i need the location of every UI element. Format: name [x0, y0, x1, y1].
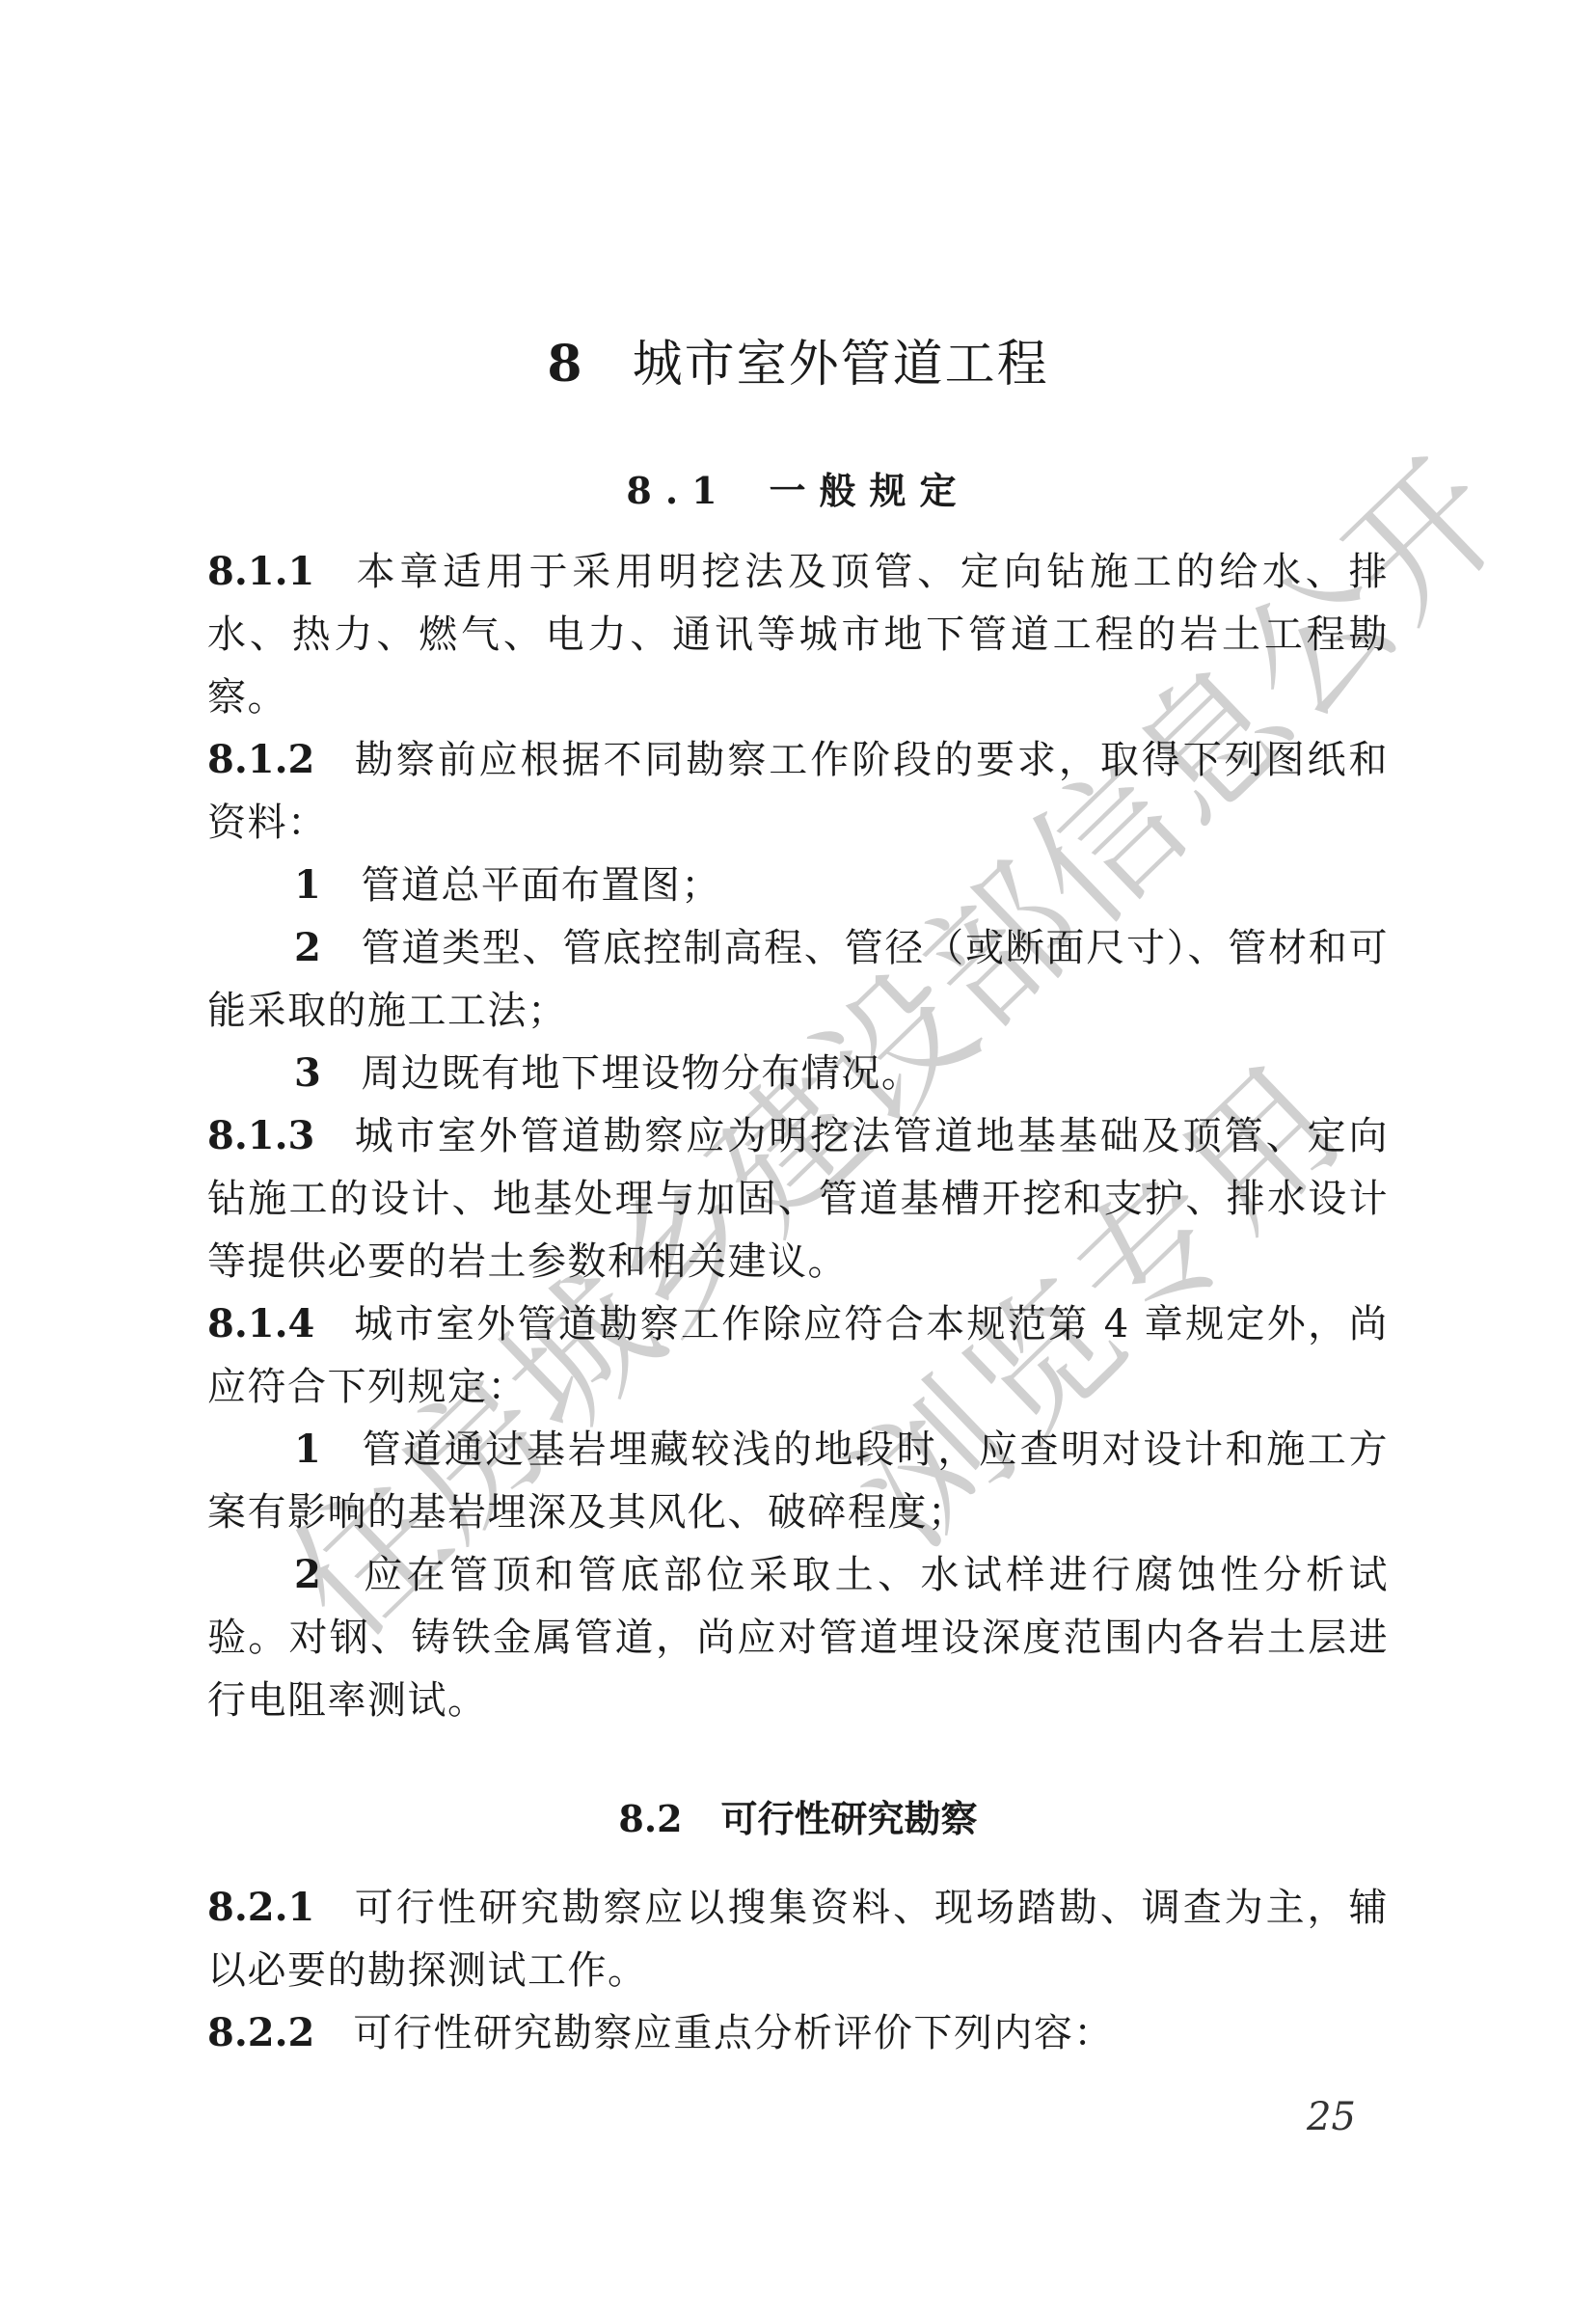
- section-number: 8.2: [618, 1797, 682, 1840]
- document-page: 住房城乡建设部信息公开 浏览专用 8城市室外管道工程 8.1一般规定 8.1.1…: [0, 0, 1596, 2311]
- item-text: 管道通过基岩埋藏较浅的地段时，应查明对设计和施工方案有影响的基岩埋深及其风化、破…: [207, 1427, 1389, 1535]
- clause-number: 8.1.4: [207, 1301, 314, 1346]
- item-text: 周边既有地下埋设物分布情况。: [361, 1051, 921, 1096]
- clause-number: 8.1.2: [207, 737, 314, 782]
- section-heading-8-1: 8.1一般规定: [207, 461, 1389, 514]
- item-text: 管道类型、管底控制高程、管径（或断面尺寸）、管材和可能采取的施工工法；: [207, 926, 1389, 1033]
- clause-8-2-1: 8.2.1可行性研究勘察应以搜集资料、现场踏勘、调查为主，辅以必要的勘探测试工作…: [207, 1876, 1389, 2002]
- clause-8-1-2-item-1: 1管道总平面布置图；: [207, 854, 1389, 917]
- item-number: 1: [294, 862, 322, 908]
- item-number: 2: [294, 1552, 322, 1597]
- chapter-number: 8: [547, 335, 583, 394]
- clause-8-2-2: 8.2.2可行性研究勘察应重点分析评价下列内容：: [207, 2001, 1389, 2065]
- clause-text: 城市室外管道勘察工作除应符合本规范第 4 章规定外，尚应符合下列规定：: [207, 1302, 1389, 1409]
- item-number: 1: [294, 1427, 322, 1472]
- section-number: 8.1: [626, 469, 730, 512]
- item-number: 3: [294, 1050, 322, 1096]
- page-number: 25: [1307, 2095, 1356, 2139]
- section-title-text: 一般规定: [770, 469, 970, 512]
- clause-text: 本章适用于采用明挖法及顶管、定向钻施工的给水、排水、热力、燃气、电力、通讯等城市…: [207, 550, 1389, 720]
- clause-8-1-2-item-2: 2管道类型、管底控制高程、管径（或断面尺寸）、管材和可能采取的施工工法；: [207, 916, 1389, 1043]
- clause-8-1-2-item-3: 3周边既有地下埋设物分布情况。: [207, 1042, 1389, 1105]
- section-title-text: 可行性研究勘察: [721, 1798, 978, 1840]
- clause-text: 可行性研究勘察应重点分析评价下列内容：: [353, 2011, 1114, 2055]
- chapter-title: 8城市室外管道工程: [207, 323, 1389, 395]
- clause-text: 勘察前应根据不同勘察工作阶段的要求，取得下列图纸和资料：: [207, 738, 1389, 845]
- section-heading-8-2: 8.2可行性研究勘察: [207, 1789, 1389, 1842]
- clause-8-1-4-item-1: 1管道通过基岩埋藏较浅的地段时，应查明对设计和施工方案有影响的基岩埋深及其风化、…: [207, 1418, 1389, 1544]
- clause-8-1-4-item-2: 2应在管顶和管底部位采取土、水试样进行腐蚀性分析试验。对钢、铸铁金属管道，尚应对…: [207, 1543, 1389, 1732]
- item-text: 管道总平面布置图；: [361, 863, 721, 908]
- clause-text: 城市室外管道勘察应为明挖法管道地基基础及顶管、定向钻施工的设计、地基处理与加固、…: [207, 1114, 1389, 1284]
- clause-number: 8.1.3: [207, 1113, 314, 1158]
- clause-number: 8.2.1: [207, 1885, 314, 1930]
- chapter-title-text: 城市室外管道工程: [633, 336, 1049, 394]
- clause-text: 可行性研究勘察应以搜集资料、现场踏勘、调查为主，辅以必要的勘探测试工作。: [207, 1886, 1389, 1993]
- clause-8-1-2: 8.1.2勘察前应根据不同勘察工作阶段的要求，取得下列图纸和资料：: [207, 728, 1389, 855]
- item-number: 2: [294, 925, 322, 970]
- item-text: 应在管顶和管底部位采取土、水试样进行腐蚀性分析试验。对钢、铸铁金属管道，尚应对管…: [207, 1553, 1389, 1723]
- clause-8-1-1: 8.1.1本章适用于采用明挖法及顶管、定向钻施工的给水、排水、热力、燃气、电力、…: [207, 540, 1389, 729]
- clause-number: 8.1.1: [207, 549, 314, 594]
- clause-8-1-3: 8.1.3城市室外管道勘察应为明挖法管道地基基础及顶管、定向钻施工的设计、地基处…: [207, 1104, 1389, 1293]
- clause-8-1-4: 8.1.4城市室外管道勘察工作除应符合本规范第 4 章规定外，尚应符合下列规定：: [207, 1292, 1389, 1419]
- clause-number: 8.2.2: [207, 2010, 314, 2055]
